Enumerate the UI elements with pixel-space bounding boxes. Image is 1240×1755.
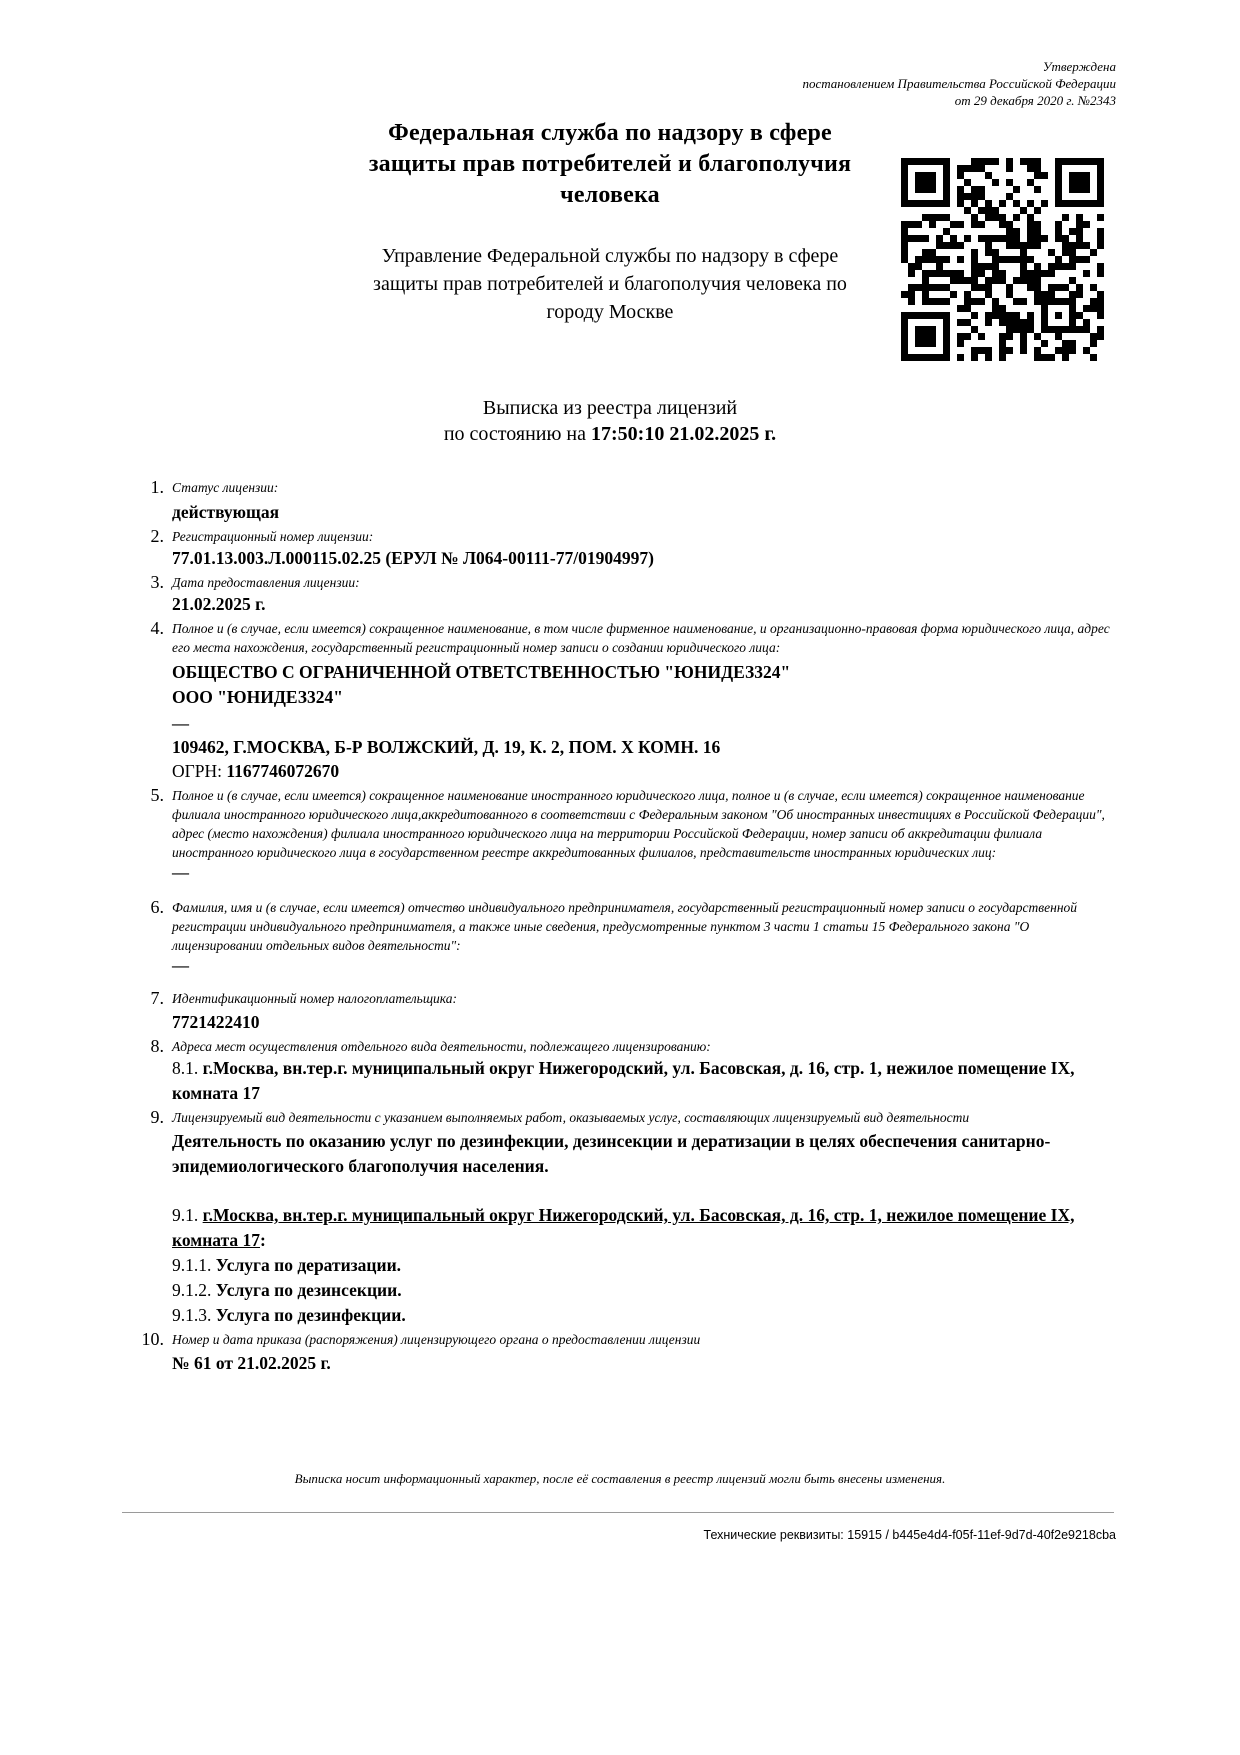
item-registration-number: 2. Регистрационный номер лицензии: 77.01… xyxy=(130,527,1120,571)
item-label: Идентификационный номер налогоплательщик… xyxy=(172,989,1120,1008)
issue-date: 21.02.2025 г. xyxy=(172,592,1120,617)
item-licensed-activity: 9. Лицензируемый вид деятельности с указ… xyxy=(130,1108,1120,1328)
service-item: 9.1.2. Услуга по дезинсекции. xyxy=(172,1278,1120,1303)
service-item: 9.1.1. Услуга по дератизации. xyxy=(172,1253,1120,1278)
address-text: г.Москва, вн.тер.г. муниципальный округ … xyxy=(172,1058,1074,1103)
entity-full-name: ОБЩЕСТВО С ОГРАНИЧЕННОЙ ОТВЕТСТВЕННОСТЬЮ… xyxy=(172,660,1120,685)
item-legal-entity: 4. Полное и (в случае, если имеется) сок… xyxy=(130,619,1120,782)
item-foreign-entity: 5. Полное и (в случае, если имеется) сок… xyxy=(130,786,1120,884)
location-address: г.Москва, вн.тер.г. муниципальный округ … xyxy=(172,1205,1074,1250)
item-number: 6. xyxy=(130,896,164,918)
extract-timestamp-line: по состоянию на 17:50:10 21.02.2025 г. xyxy=(360,421,860,447)
service-item: 9.1.3. Услуга по дезинфекции. xyxy=(172,1303,1120,1328)
service-text: Услуга по дезинфекции. xyxy=(216,1305,406,1325)
entity-address: 109462, Г.МОСКВА, Б-Р ВОЛЖСКИЙ, Д. 19, К… xyxy=(172,735,1120,760)
authority-title: Федеральная служба по надзору в сфере за… xyxy=(360,118,860,211)
item-label: Статус лицензии: xyxy=(172,478,1120,497)
item-number: 2. xyxy=(130,525,164,547)
service-number: 9.1.2. xyxy=(172,1280,216,1300)
service-number: 9.1.3. xyxy=(172,1305,216,1325)
approval-line-3: от 29 декабря 2020 г. №2343 xyxy=(802,92,1116,109)
extract-title: Выписка из реестра лицензий xyxy=(360,395,860,421)
service-number: 9.1.1. xyxy=(172,1255,216,1275)
service-text: Услуга по дезинсекции. xyxy=(216,1280,402,1300)
license-status: действующая xyxy=(172,500,1120,525)
item-number: 3. xyxy=(130,571,164,593)
approval-line-2: постановлением Правительства Российской … xyxy=(802,75,1116,92)
foreign-entity-value: — xyxy=(172,862,1120,884)
item-number: 7. xyxy=(130,987,164,1009)
item-number: 10. xyxy=(130,1328,164,1350)
qr-code-icon xyxy=(901,158,1104,361)
disclaimer-note: Выписка носит информационный характер, п… xyxy=(130,1470,1110,1488)
item-label: Фамилия, имя и (в случае, если имеется) … xyxy=(172,898,1120,955)
entity-ogrn-line: ОГРН: 1167746072670 xyxy=(172,760,1120,782)
approval-line-1: Утверждена xyxy=(802,58,1116,75)
order-value: № 61 от 21.02.2025 г. xyxy=(172,1351,1120,1376)
item-inn: 7. Идентификационный номер налогоплатель… xyxy=(130,989,1120,1035)
item-license-status: 1. Статус лицензии: действующая xyxy=(130,478,1120,525)
entrepreneur-value: — xyxy=(172,955,1120,977)
ogrn-value: 1167746072670 xyxy=(226,761,339,781)
item-order: 10. Номер и дата приказа (распоряжения) … xyxy=(130,1330,1120,1376)
entity-brand-name: — xyxy=(172,713,1120,735)
item-label: Полное и (в случае, если имеется) сокращ… xyxy=(172,619,1120,657)
item-number: 5. xyxy=(130,784,164,806)
item-number: 9. xyxy=(130,1106,164,1128)
item-label: Полное и (в случае, если имеется) сокращ… xyxy=(172,786,1120,862)
licensed-activity: Деятельность по оказанию услуг по дезинф… xyxy=(172,1129,1120,1179)
activity-location: 9.1. г.Москва, вн.тер.г. муниципальный о… xyxy=(172,1203,1120,1253)
address-sub-number: 8.1. xyxy=(172,1058,203,1078)
extract-datetime: 17:50:10 21.02.2025 г. xyxy=(591,423,776,445)
location-colon: : xyxy=(260,1230,266,1250)
authority-subtitle: Управление Федеральной службы по надзору… xyxy=(360,242,860,326)
item-label: Лицензируемый вид деятельности с указани… xyxy=(172,1108,1120,1127)
inn-value: 7721422410 xyxy=(172,1010,1120,1035)
extract-prefix: по состоянию на xyxy=(444,423,591,445)
item-number: 4. xyxy=(130,617,164,639)
item-issue-date: 3. Дата предоставления лицензии: 21.02.2… xyxy=(130,573,1120,617)
item-label: Регистрационный номер лицензии: xyxy=(172,527,1120,546)
footer-divider xyxy=(122,1512,1114,1513)
technical-details: Технические реквизиты: 15915 / b445e4d4-… xyxy=(704,1527,1116,1543)
item-number: 1. xyxy=(130,476,164,498)
ogrn-label: ОГРН: xyxy=(172,761,226,781)
approval-note: Утверждена постановлением Правительства … xyxy=(802,58,1116,109)
service-text: Услуга по дератизации. xyxy=(216,1255,401,1275)
entity-short-name: ООО "ЮНИДЕЗ324" xyxy=(172,685,1120,710)
license-items: 1. Статус лицензии: действующая 2. Регис… xyxy=(130,478,1120,1376)
item-label: Адреса мест осуществления отдельного вид… xyxy=(172,1037,1120,1056)
extract-heading: Выписка из реестра лицензий по состоянию… xyxy=(360,395,860,447)
activity-address: 8.1. г.Москва, вн.тер.г. муниципальный о… xyxy=(172,1056,1120,1106)
issuing-authority: Федеральная служба по надзору в сфере за… xyxy=(360,118,860,326)
item-individual-entrepreneur: 6. Фамилия, имя и (в случае, если имеетс… xyxy=(130,898,1120,977)
item-activity-addresses: 8. Адреса мест осуществления отдельного … xyxy=(130,1037,1120,1106)
item-number: 8. xyxy=(130,1035,164,1057)
item-label: Дата предоставления лицензии: xyxy=(172,573,1120,592)
item-label: Номер и дата приказа (распоряжения) лице… xyxy=(172,1330,1120,1349)
registration-number: 77.01.13.003.Л.000115.02.25 (ЕРУЛ № Л064… xyxy=(172,546,1120,571)
location-sub-number: 9.1. xyxy=(172,1205,203,1225)
